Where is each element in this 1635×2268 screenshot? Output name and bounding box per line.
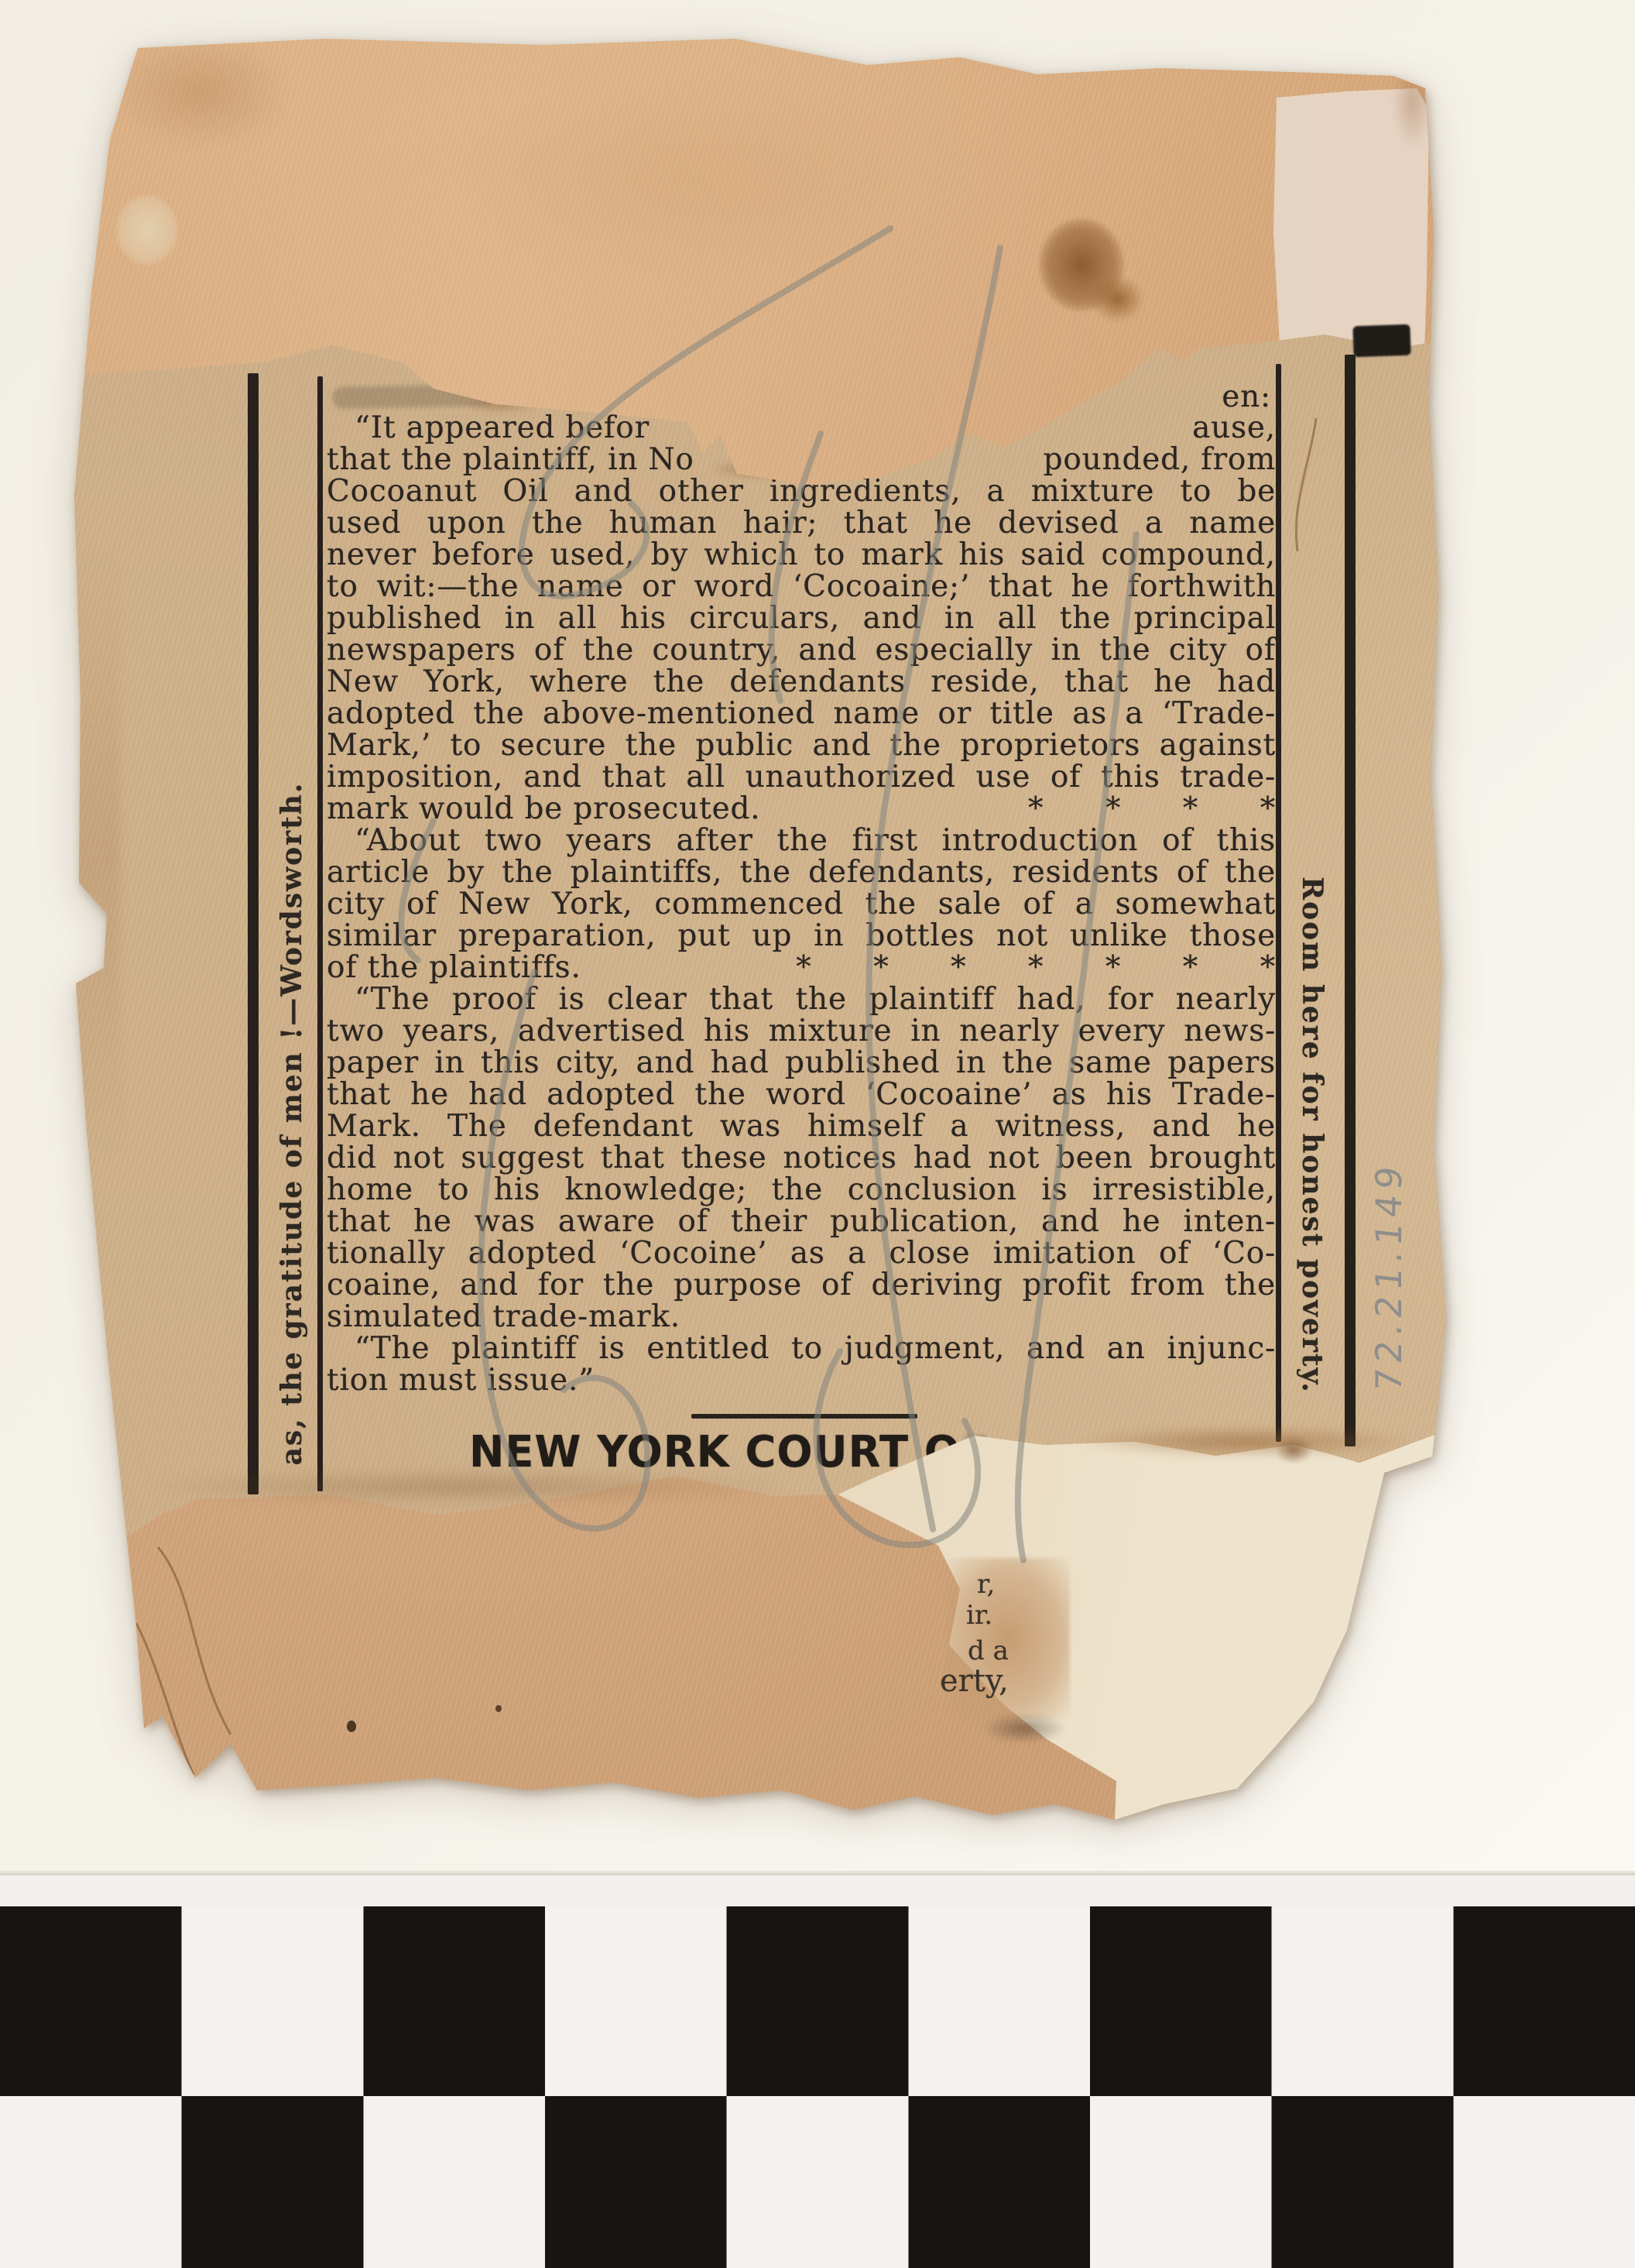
text-line: home to his knowledge; the conclusion is… [327,1174,1276,1206]
text-line: adopted the above-mentioned name or titl… [327,698,1276,729]
speck [495,1705,502,1712]
text-line: Mark. The defendant was himself a witnes… [327,1110,1276,1142]
clipping-text: en: “It appeared beforause,that the plai… [327,381,1276,1396]
stain [1276,1437,1311,1463]
text-line: paper in this city, and had published in… [327,1047,1276,1079]
scale-bar-checker-row [0,2096,1635,2268]
text-line: did not suggest that these notices had n… [327,1142,1276,1174]
text-line: “About two years after the first introdu… [327,825,1276,856]
right-border-rule-outer [1345,355,1356,1446]
text-line: “The plaintiff is entitled to judgment, … [327,1333,1276,1364]
right-margin-caption: Room here for honest poverty. [1294,872,1328,1398]
stain [1084,1426,1409,1457]
text-line: that he was aware of their publication, … [327,1206,1276,1237]
text-line: “The proof is clear that the plaintiff h… [327,983,1276,1015]
text-line: Mark,’ to secure the public and the prop… [327,729,1276,761]
right-border-rule-inner [1276,364,1281,1442]
text-line: similar preparation, put up in bottles n… [327,920,1276,952]
text-line: of the plaintiffs.* * * * * * * [327,952,1276,983]
left-border-rule-outer [248,373,259,1494]
text-line: New York, where the defendants reside, t… [327,666,1276,698]
scale-bar-checker-row [0,1906,1635,2096]
text-line: article by the plaintiffs, the defendant… [327,856,1276,888]
stain [116,37,286,146]
bottom-text-fragment: ir. [966,1600,992,1631]
accession-number-handwritten: 72.21.149 [1368,1107,1407,1444]
section-divider-rule [691,1414,917,1419]
stain [464,396,539,413]
bottom-text-fragment: erty, [940,1663,1009,1699]
text-line: Cocoanut Oil and other ingredients, a mi… [327,475,1276,507]
ink-mark [1352,324,1410,358]
text-line: tion must issue.” [327,1364,1276,1396]
speck [347,1721,356,1732]
left-border-rule-inner [317,376,323,1491]
stain [480,93,883,263]
text-line: simulated trade-mark. [327,1301,1276,1333]
text-line: city of New York, commenced the sale of … [327,888,1276,920]
text-line: used upon the human hair; that he devise… [327,507,1276,539]
left-margin-caption: as, the gratitude of men !—Wordsworth. [276,763,310,1484]
text-line: imposition, and that all unauthorized us… [327,761,1276,793]
text-line: that the plaintiff, in Nopounded, from [327,444,1276,475]
scale-bar-margin [0,1873,1635,1909]
bottom-text-fragment: r, [977,1569,995,1600]
text-line: never before used, by which to mark his … [327,539,1276,571]
text-line: “It appeared beforause, [327,412,1276,444]
text-line: mark would be prosecuted.* * * * [327,793,1276,825]
stain [1090,276,1144,322]
stain [74,542,121,1161]
bottom-text-fragment: d a [968,1635,1009,1666]
stain [147,1470,782,1504]
text-line: coaine, and for the purpose of deriving … [327,1269,1276,1301]
text-line: newspapers of the country, and especiall… [327,634,1276,666]
text-line: two years, advertised his mixture in nea… [327,1015,1276,1047]
stain [711,458,811,480]
tape-residue [116,195,178,265]
text-line: that he had adopted the word ‘Cocoaine’ … [327,1079,1276,1110]
stain [1393,54,1432,147]
text-line: tionally adopted ‘Cocoine’ as a close im… [327,1237,1276,1269]
ink-smudge [982,1713,1067,1744]
text-line: published in all his circulars, and in a… [327,602,1276,634]
text-line: to wit:—the name or word ‘Cocoaine;’ tha… [327,571,1276,602]
